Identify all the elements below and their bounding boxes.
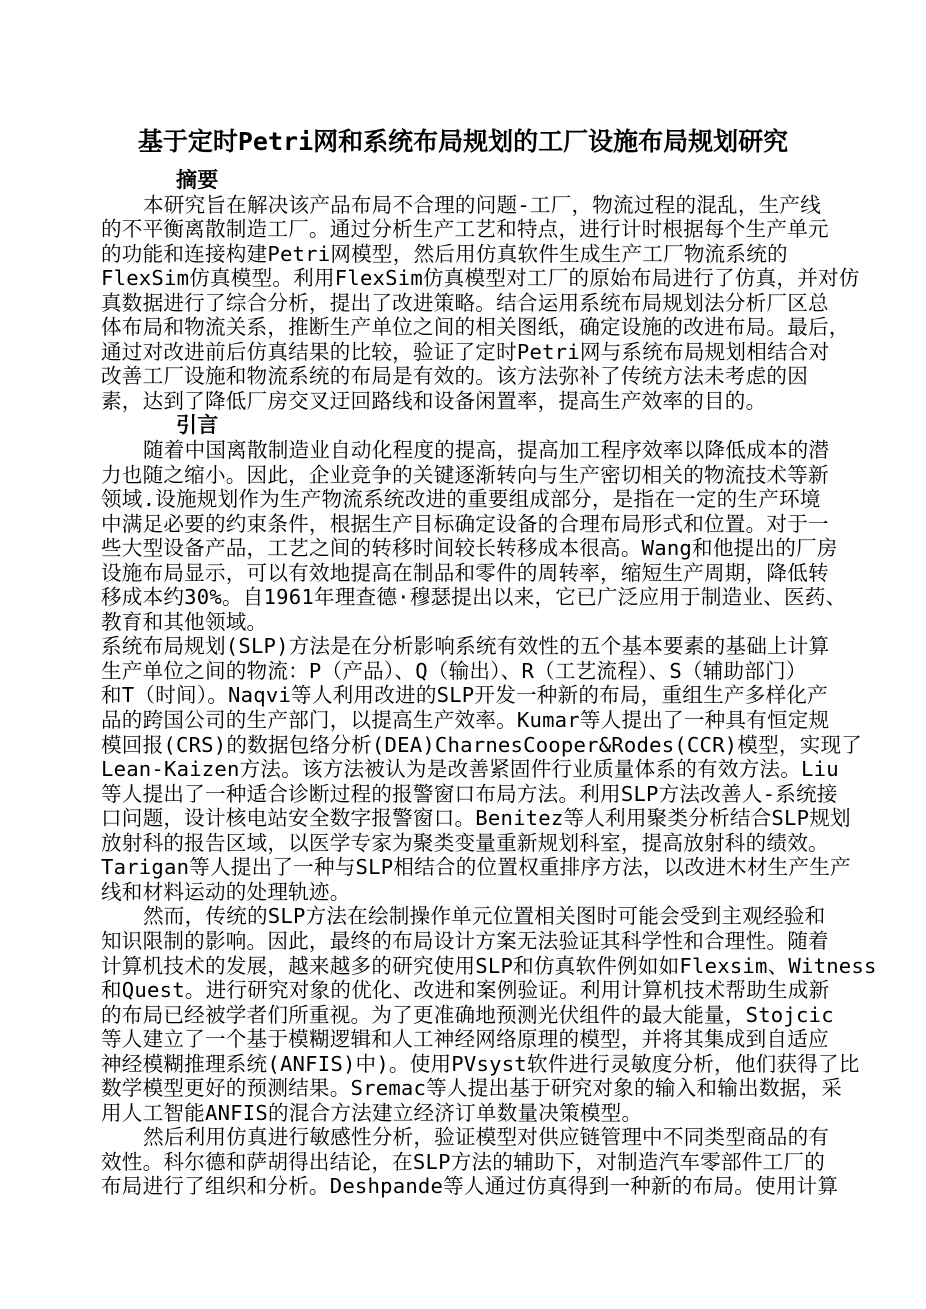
text-line: 然而，传统的SLP方法在绘制操作单元位置相关图时可能会受到主观经验和 <box>101 904 834 929</box>
text-line: 教育和其他领域。 <box>101 610 834 635</box>
text-line: 的布局已经被学者们所重视。为了更准确地预测光伏组件的最大能量，Stojcic <box>101 1003 834 1028</box>
document-body: 摘要本研究旨在解决该产品布局不合理的问题-工厂，物流过程的混乱，生产线的不平衡离… <box>0 168 926 1199</box>
text-line: 计算机技术的发展，越来越多的研究使用SLP和仿真软件例如如Flexsim、Wit… <box>101 954 834 979</box>
text-line: 通过对改进前后仿真结果的比较，验证了定时Petri网与系统布局规划相结合对 <box>101 340 834 365</box>
paragraph: 随着中国离散制造业自动化程度的提高，提高加工程序效率以降低成本的潜力也随之缩小。… <box>101 438 834 634</box>
text-line: 模回报(CRS)的数据包络分析(DEA)CharnesCooper&Rodes(… <box>101 733 834 758</box>
text-line: Tarigan等人提出了一种与SLP相结合的位置权重排序方法，以改进木材生产生产 <box>101 855 834 880</box>
text-line: 知识限制的影响。因此，最终的布局设计方案无法验证其科学性和合理性。随着 <box>101 929 834 954</box>
text-line: 效性。科尔德和萨胡得出结论，在SLP方法的辅助下，对制造汽车零部件工厂的 <box>101 1150 834 1175</box>
paper-title: 基于定时Petri网和系统布局规划的工厂设施布局规划研究 <box>0 0 926 157</box>
paragraph: 本研究旨在解决该产品布局不合理的问题-工厂，物流过程的混乱，生产线的不平衡离散制… <box>101 193 834 414</box>
text-line: 真数据进行了综合分析，提出了改进策略。结合运用系统布局规划法分析厂区总 <box>101 291 834 316</box>
section-heading: 引言 <box>101 413 834 438</box>
text-line: 等人建立了一个基于模糊逻辑和人工神经网络原理的模型，并将其集成到自适应 <box>101 1027 834 1052</box>
text-line: 数学模型更好的预测结果。Sremac等人提出基于研究对象的输入和输出数据，采 <box>101 1076 834 1101</box>
text-line: 改善工厂设施和物流系统的布局是有效的。该方法弥补了传统方法未考虑的因 <box>101 364 834 389</box>
text-line: 神经模糊推理系统(ANFIS)中)。使用PVsyst软件进行灵敏度分析，他们获得… <box>101 1052 834 1077</box>
text-line: 线和材料运动的处理轨迹。 <box>101 880 834 905</box>
section-heading: 摘要 <box>101 168 834 193</box>
text-line: 力也随之缩小。因此，企业竞争的关键逐渐转向与生产密切相关的物流技术等新 <box>101 463 834 488</box>
text-line: 些大型设备产品，工艺之间的转移时间较长转移成本很高。Wang和他提出的厂房 <box>101 536 834 561</box>
paragraph: 然后利用仿真进行敏感性分析，验证模型对供应链管理中不同类型商品的有效性。科尔德和… <box>101 1125 834 1199</box>
paragraph: 系统布局规划(SLP)方法是在分析影响系统有效性的五个基本要素的基础上计算生产单… <box>101 634 834 904</box>
text-line: 的不平衡离散制造工厂。通过分析生产工艺和特点，进行计时根据每个生产单元 <box>101 217 834 242</box>
text-line: 用人工智能ANFIS的混合方法建立经济订单数量决策模型。 <box>101 1101 834 1126</box>
text-line: 本研究旨在解决该产品布局不合理的问题-工厂，物流过程的混乱，生产线 <box>101 193 834 218</box>
text-line: Lean-Kaizen方法。该方法被认为是改善紧固件行业质量体系的有效方法。Li… <box>101 757 834 782</box>
text-line: 的功能和连接构建Petri网模型，然后用仿真软件生成生产工厂物流系统的 <box>101 242 834 267</box>
text-line: 放射科的报告区域，以医学专家为聚类变量重新规划科室，提高放射科的绩效。 <box>101 831 834 856</box>
text-line: 领域.设施规划作为生产物流系统改进的重要组成部分，是指在一定的生产环境 <box>101 487 834 512</box>
text-line: 等人提出了一种适合诊断过程的报警窗口布局方法。利用SLP方法改善人-系统接 <box>101 782 834 807</box>
text-line: 布局进行了组织和分析。Deshpande等人通过仿真得到一种新的布局。使用计算 <box>101 1174 834 1199</box>
text-line: FlexSim仿真模型。利用FlexSim仿真模型对工厂的原始布局进行了仿真，并… <box>101 266 834 291</box>
text-line: 体布局和物流关系，推断生产单位之间的相关图纸，确定设施的改进布局。最后， <box>101 315 834 340</box>
text-line: 生产单位之间的物流：P（产品）、Q（输出）、R（工艺流程）、S（辅助部门） <box>101 659 834 684</box>
text-line: 素，达到了降低厂房交叉迂回路线和设备闲置率，提高生产效率的目的。 <box>101 389 834 414</box>
text-line: 移成本约30%。自1961年理查德·穆瑟提出以来，它已广泛应用于制造业、医药、 <box>101 585 834 610</box>
text-line: 和T（时间）。Naqvi等人利用改进的SLP开发一种新的布局，重组生产多样化产 <box>101 683 834 708</box>
document-page: 基于定时Petri网和系统布局规划的工厂设施布局规划研究 摘要本研究旨在解决该产… <box>0 0 926 1309</box>
text-line: 设施布局显示，可以有效地提高在制品和零件的周转率，缩短生产周期，降低转 <box>101 561 834 586</box>
text-line: 品的跨国公司的生产部门，以提高生产效率。Kumar等人提出了一种具有恒定规 <box>101 708 834 733</box>
text-line: 然后利用仿真进行敏感性分析，验证模型对供应链管理中不同类型商品的有 <box>101 1125 834 1150</box>
text-line: 系统布局规划(SLP)方法是在分析影响系统有效性的五个基本要素的基础上计算 <box>101 634 834 659</box>
text-line: 随着中国离散制造业自动化程度的提高，提高加工程序效率以降低成本的潜 <box>101 438 834 463</box>
text-line: 中满足必要的约束条件，根据生产目标确定设备的合理布局形式和位置。对于一 <box>101 512 834 537</box>
paragraph: 然而，传统的SLP方法在绘制操作单元位置相关图时可能会受到主观经验和知识限制的影… <box>101 904 834 1125</box>
text-line: 和Quest。进行研究对象的优化、改进和案例验证。利用计算机技术帮助生成新 <box>101 978 834 1003</box>
text-line: 口问题，设计核电站安全数字报警窗口。Benitez等人利用聚类分析结合SLP规划 <box>101 806 834 831</box>
